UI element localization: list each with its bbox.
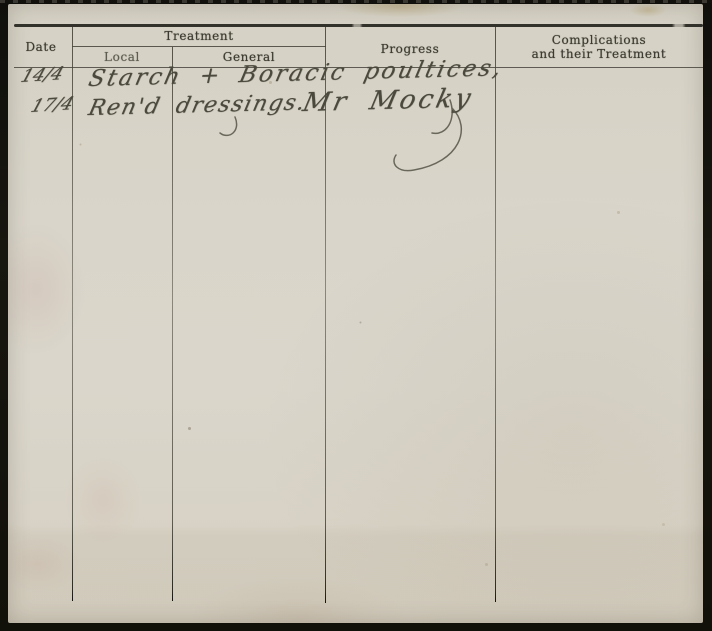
- handwritten-treatment-note-row2: Ren'd dressings.: [86, 90, 309, 121]
- signature-tail-stroke: [394, 108, 461, 171]
- treatment-subheader-rule: [72, 46, 326, 47]
- column-line-local-general: [172, 47, 173, 601]
- column-header-treatment: Treatment: [72, 29, 326, 43]
- complications-line-2: and their Treatment: [495, 47, 703, 61]
- descender-g-stroke: [220, 117, 237, 135]
- column-header-date: Date: [12, 40, 70, 54]
- complications-line-1: Complications: [495, 33, 703, 47]
- column-header-local: Local: [72, 50, 172, 64]
- case-sheet-page: Date Treatment Local General Progress Co…: [8, 4, 703, 623]
- scan-background-frame: Date Treatment Local General Progress Co…: [0, 0, 712, 631]
- scan-top-edge-texture: [0, 0, 712, 3]
- column-header-progress: Progress: [325, 42, 495, 56]
- handwritten-date-row1: 14/4: [18, 63, 66, 87]
- handwritten-date-row2: 17/4: [28, 93, 76, 117]
- paper-speckles: [8, 4, 9, 5]
- header-top-rule: [14, 24, 703, 27]
- column-line-date-treatment: [72, 27, 73, 601]
- handwritten-signature: Mr Mocky: [300, 84, 476, 118]
- column-line-progress-complications: [495, 27, 496, 602]
- column-header-complications: Complications and their Treatment: [495, 33, 703, 61]
